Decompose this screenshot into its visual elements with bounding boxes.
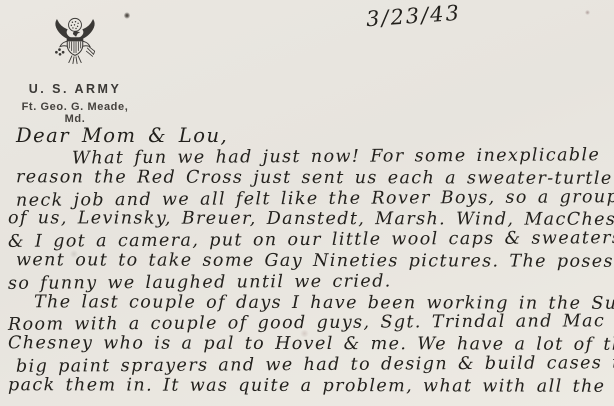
letter-line: went out to take some Gay Nineties pictu… (4, 250, 612, 272)
letter-line: Chesney who is a pal to Hovel & me. We h… (4, 333, 612, 355)
letter-line: of us, Levinsky, Breuer, Danstedt, Marsh… (4, 209, 612, 231)
letter-body: What fun we had just now! For some inexp… (4, 147, 612, 397)
letterhead-location: Ft. Geo. G. Meade, Md. (14, 101, 136, 125)
letter-line: Room with a couple of good guys, Sgt. Tr… (4, 312, 612, 337)
army-eagle-seal-icon (44, 12, 106, 78)
letter-line: & I got a camera, put on our little wool… (4, 228, 612, 253)
age-speck (585, 10, 590, 15)
letterhead: U. S. ARMY Ft. Geo. G. Meade, Md. (14, 12, 136, 125)
letter-line: reason the Red Cross just sent us each a… (4, 167, 612, 189)
letterhead-branch: U. S. ARMY (14, 82, 136, 96)
letter-page: U. S. ARMY Ft. Geo. G. Meade, Md. 3/23/4… (0, 0, 614, 406)
salutation: Dear Mom & Lou, (16, 124, 228, 147)
letter-date: 3/23/43 (365, 1, 461, 32)
letter-line: pack them in. It was quite a problem, wh… (4, 375, 612, 397)
letter-line: big paint sprayers and we had to design … (4, 353, 612, 378)
letter-line: so funny we laughed until we cried. (4, 270, 612, 295)
letter-line: What fun we had just now! For some inexp… (4, 145, 612, 170)
